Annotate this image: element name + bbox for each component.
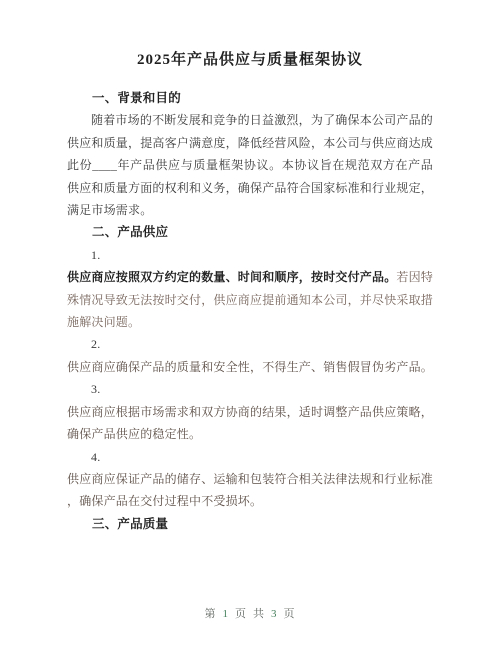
document-content: 一、背景和目的 随着市场的不断发展和竞争的日益激烈，为了确保本公司产品的供应和质… <box>67 87 433 535</box>
section-heading-quality: 三、产品质量 <box>67 513 433 535</box>
list-item-text: 供应商应根据市场需求和双方协商的结果，适时调整产品供应策略，确保产品供应的稳定性… <box>67 401 433 446</box>
section-heading-supply: 二、产品供应 <box>67 221 433 243</box>
list-item-text: 供应商应确保产品的质量和安全性，不得生产、销售假冒伪劣产品。 <box>67 356 433 378</box>
current-page-number: 1 <box>223 608 230 620</box>
list-item-number: 4. <box>67 446 433 468</box>
item-regular-run: 供应商应根据市场需求和双方协商的结果，适时调整产品供应策略，确保产品供应的稳定性… <box>67 405 433 441</box>
document-body: 2025年产品供应与质量框架协议 一、背景和目的 随着市场的不断发展和竞争的日益… <box>67 0 433 535</box>
list-item-text: 供应商应按照双方约定的数量、时间和顺序，按时交付产品。若因特殊情况导致无法按时交… <box>67 266 433 333</box>
footer-label-total: 共 <box>253 608 265 620</box>
footer-label-pages: 页 <box>284 608 296 620</box>
background-paragraph: 随着市场的不断发展和竞争的日益激烈，为了确保本公司产品的供应和质量，提高客户满意… <box>67 109 433 221</box>
total-page-number: 3 <box>271 608 278 620</box>
list-item-number: 1. <box>67 244 433 266</box>
list-item-number: 3. <box>67 378 433 400</box>
item-regular-run: 供应商应确保产品的质量和安全性，不得生产、销售假冒伪劣产品。 <box>67 360 433 374</box>
list-item-number: 2. <box>67 333 433 355</box>
document-title: 2025年产品供应与质量框架协议 <box>67 47 433 73</box>
footer-label-of: 页 <box>235 608 247 620</box>
item-bold-run: 供应商应按照双方约定的数量、时间和顺序，按时交付产品。 <box>67 270 396 284</box>
footer-label-page: 第 <box>205 608 217 620</box>
list-item-text: 供应商应保证产品的储存、运输和包装符合相关法律法规和行业标准，确保产品在交付过程… <box>67 468 433 513</box>
document-page: 2025年产品供应与质量框架协议 一、背景和目的 随着市场的不断发展和竞争的日益… <box>0 0 500 647</box>
section-heading-background: 一、背景和目的 <box>67 87 433 109</box>
item-regular-run: 供应商应保证产品的储存、运输和包装符合相关法律法规和行业标准，确保产品在交付过程… <box>67 472 433 508</box>
page-footer: 第1页共3页 <box>0 607 500 621</box>
